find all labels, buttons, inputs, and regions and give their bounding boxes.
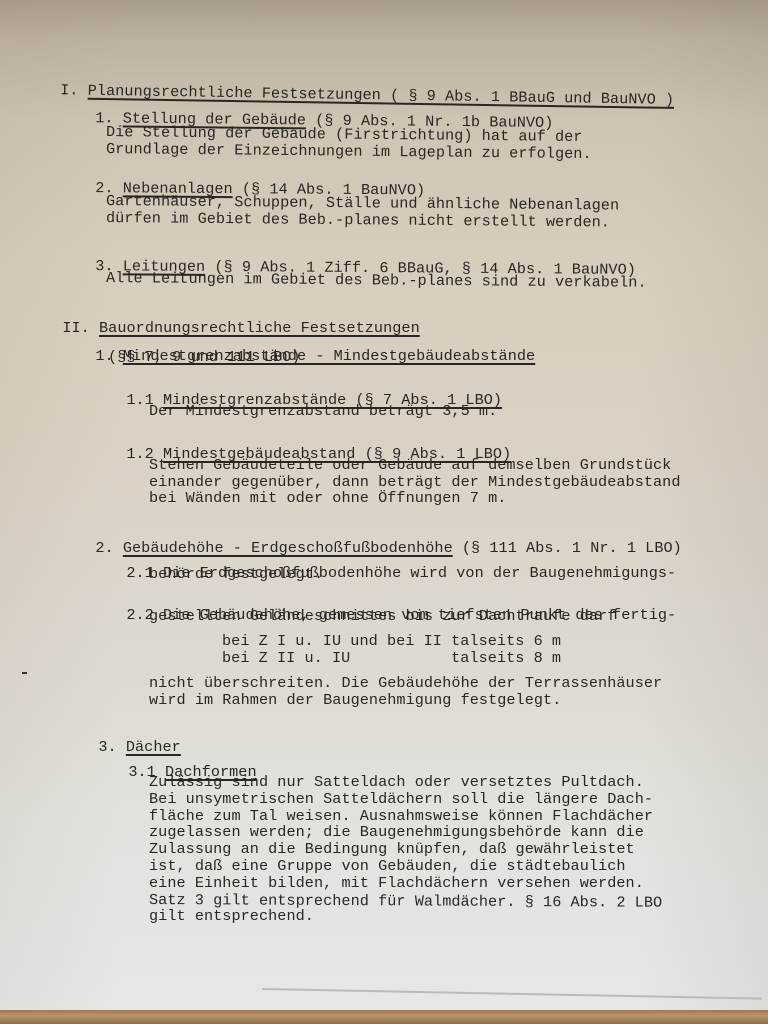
dachformen-body-line: gilt entsprechend. bbox=[149, 908, 314, 924]
item-II-1-1-body-line: Der Mindestgrenzabstand beträgt 3,5 m. bbox=[149, 403, 497, 419]
item-II-1-reference: (§§ 7, 9 und 111 LBO) bbox=[108, 349, 300, 365]
item-II-1-2-body-line: Stehen Gebäudeteile oder Gebäude auf dem… bbox=[149, 457, 671, 473]
dachformen-body-line: fläche zum Tal weisen. Ausnahmsweise kön… bbox=[149, 808, 653, 824]
dachformen-body-line: Zulässig sind nur Satteldach oder verset… bbox=[149, 774, 644, 790]
item-II-1-2-body-line: einander gegenüber, dann beträgt der Min… bbox=[149, 474, 681, 490]
section-I-numeral: I. bbox=[60, 81, 79, 99]
stray-mark bbox=[22, 672, 27, 674]
item-II-2-2-line: gestellten Geländeschnittes bis zur Dach… bbox=[149, 608, 616, 624]
height-table-row: bei Z I u. IU und bei II talseits 6 m bbox=[222, 633, 561, 649]
dachformen-body-line: eine Einheit bilden, mit Flachdächern ve… bbox=[149, 875, 644, 891]
desk-surface bbox=[0, 1010, 768, 1024]
height-table-row: bei Z II u. IU talseits 8 m bbox=[222, 650, 561, 666]
dachformen-body-line: Zulassung an die Bedingung knüpfen, daß … bbox=[149, 841, 635, 857]
item-I-2-body-line: dürfen im Gebiet des Beb.-planes nicht e… bbox=[106, 210, 610, 230]
item-II-2-2-after-line: nicht überschreiten. Die Gebäudehöhe der… bbox=[149, 675, 662, 691]
dachformen-body-line: Bei unsymetrischen Satteldächern soll di… bbox=[149, 791, 653, 807]
item-I-3-body-line: Alle Leitungen im Gebiet des Beb.-planes… bbox=[106, 270, 647, 291]
dachformen-body-line: zugelassen werden; die Baugenehmigungsbe… bbox=[149, 824, 644, 840]
item-II-2-1-line: behörde festgelegt. bbox=[149, 566, 323, 582]
dachformen-body-line: ist, daß eine Gruppe von Gebäuden, die s… bbox=[149, 858, 626, 874]
item-II-2-2-after-line: wird im Rahmen der Baugenehmigung festge… bbox=[149, 692, 561, 708]
item-II-1-2-body-line: bei Wänden mit oder ohne Öffnungen 7 m. bbox=[149, 490, 506, 506]
